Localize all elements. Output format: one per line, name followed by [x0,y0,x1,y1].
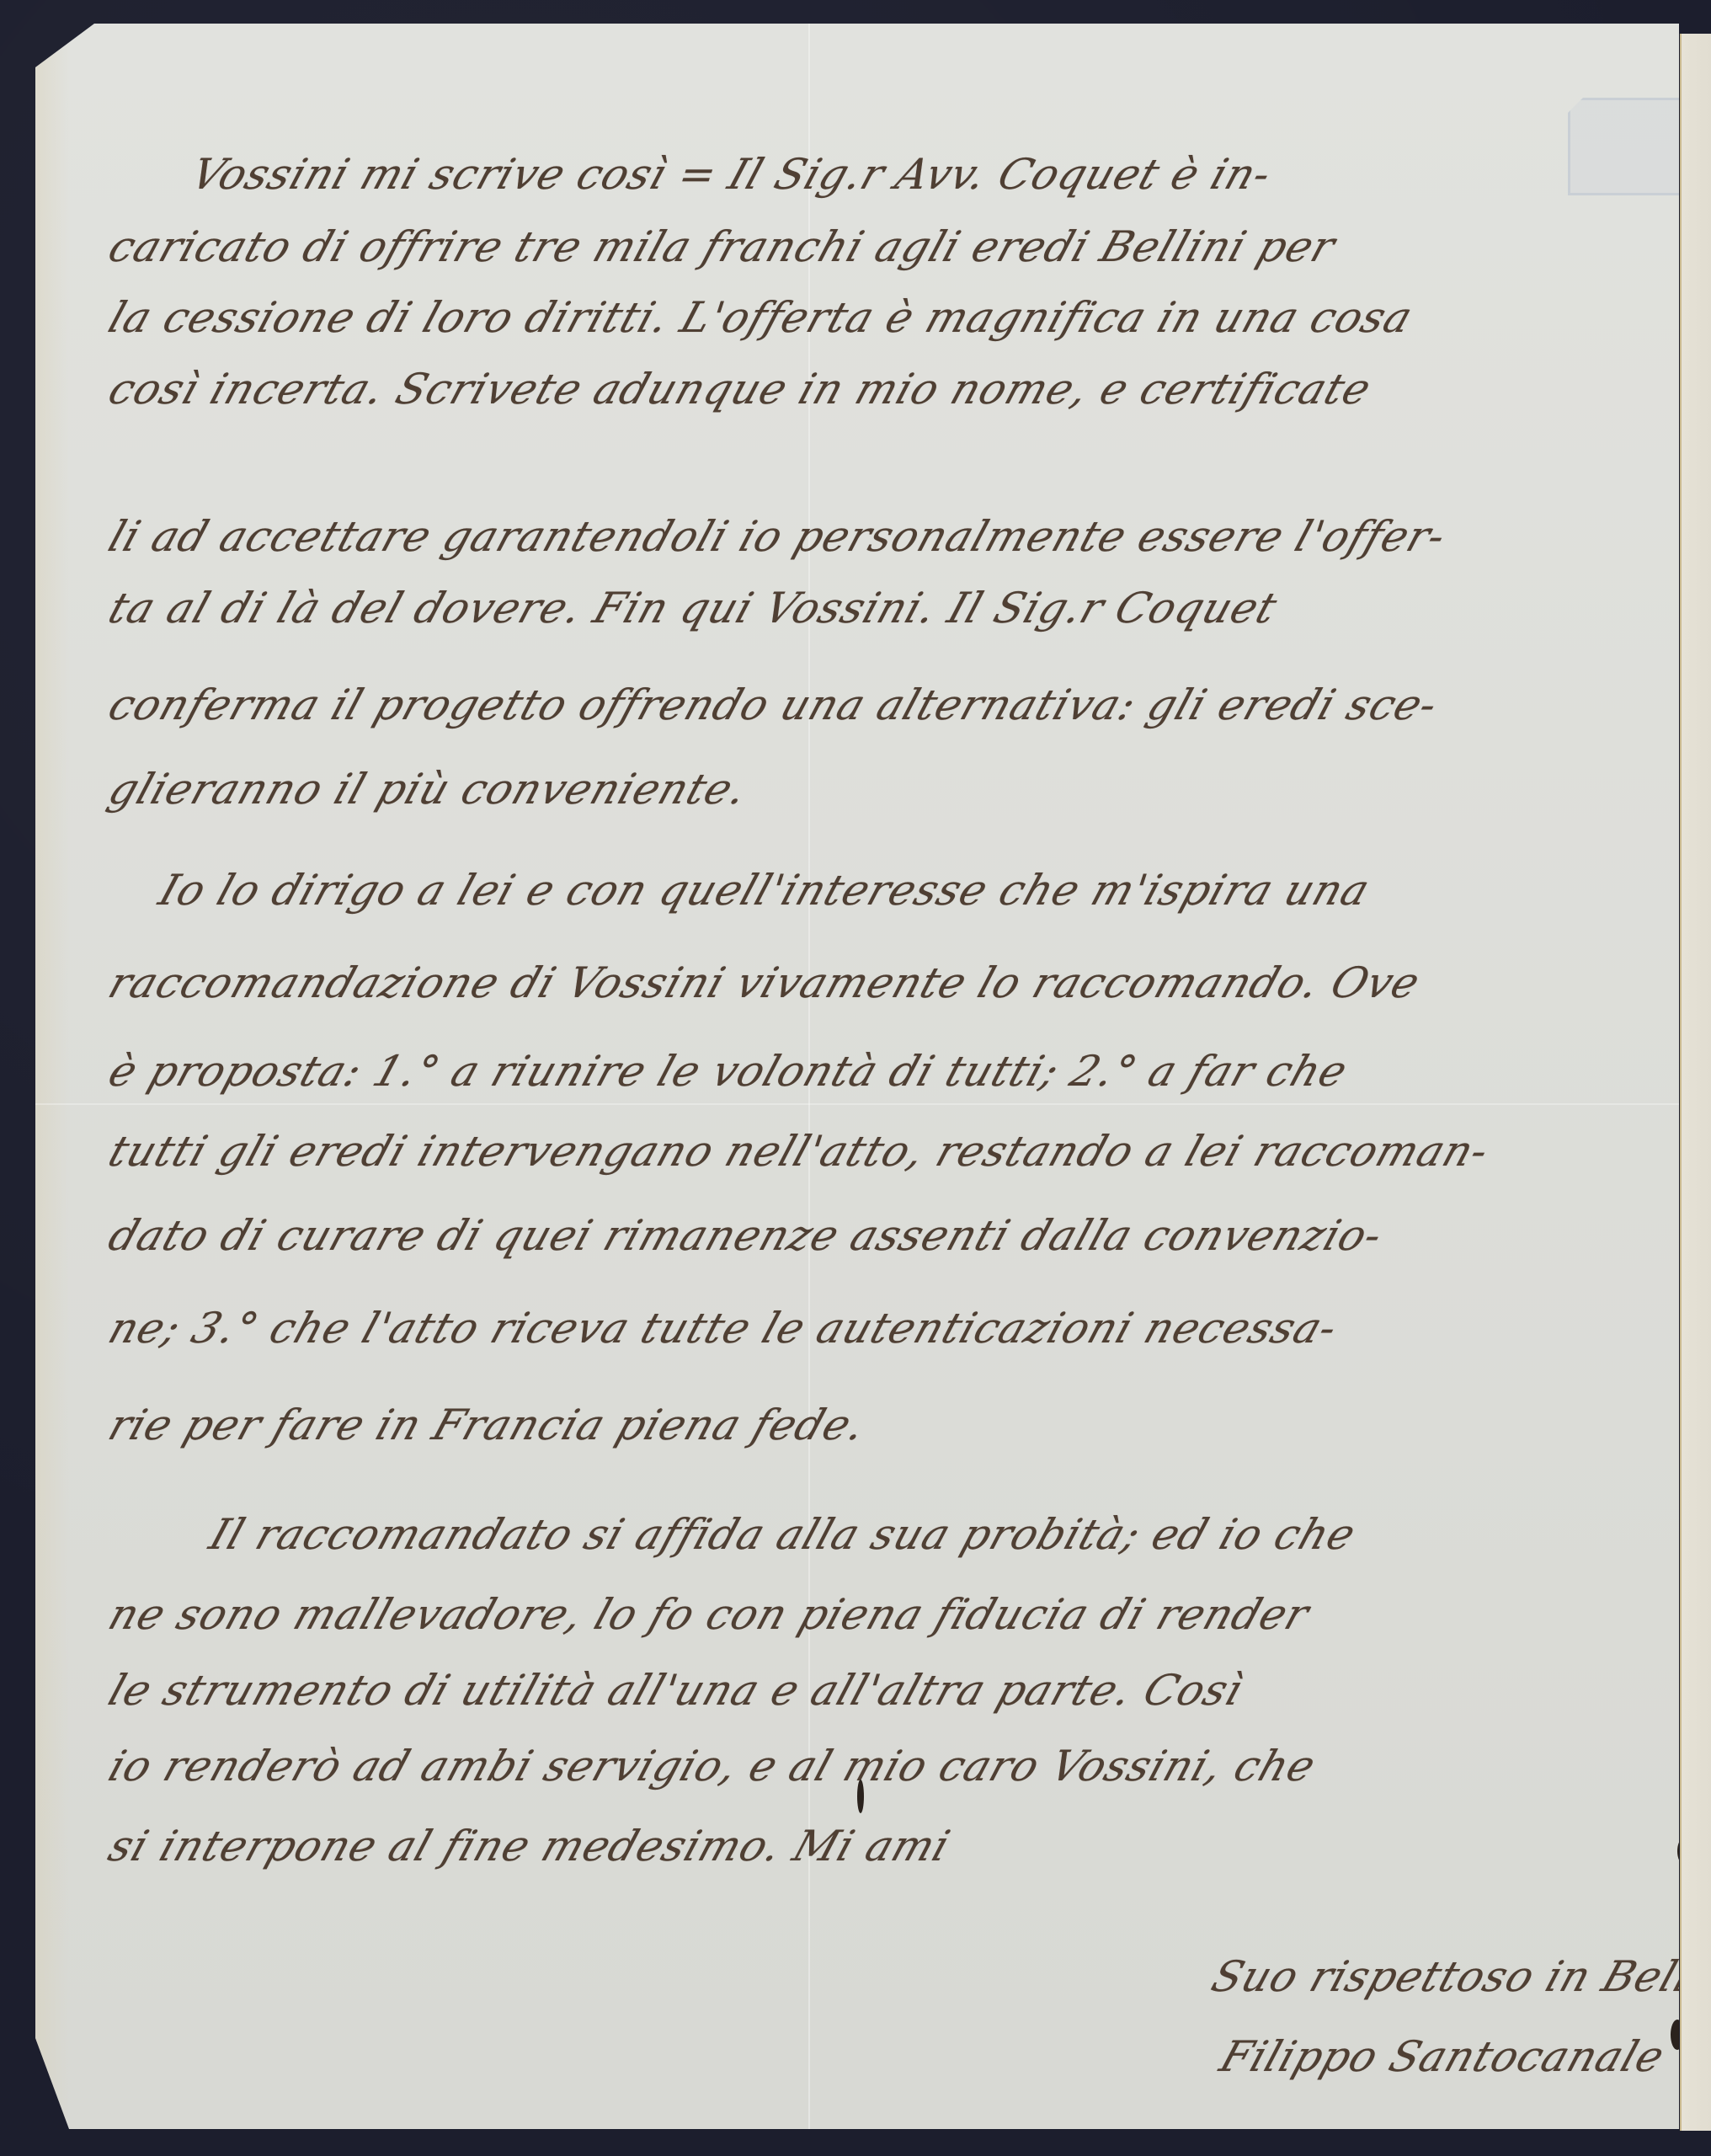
letter-line-4: così incerta. Scrivete adunque in mio no… [103,365,1378,414]
letter-line-9: Io lo dirigo a lei e con quell'interesse… [153,866,1376,915]
letter-line-20: si interpone al fine medesimo. Mi ami [103,1822,957,1870]
letter-signature: Filippo Santocanale [1214,2032,1671,2081]
letter-line-12: tutti gli eredi intervengano nell'atto, … [103,1127,1495,1176]
letter-closing: Suo rispettoso in Belli [1206,1952,1711,2001]
letter-line-11: è proposta: 1.° a riunire le volontà di … [103,1047,1354,1096]
letter-line-2: caricato di offrire tre mila franchi agl… [103,222,1341,271]
letter-line-19: io renderò ad ambi servigio, e al mio ca… [103,1742,1322,1790]
letter-line-8: glieranno il più conveniente. [103,765,754,814]
letter-line-10: raccomandazione di Vossini vivamente lo … [103,958,1426,1007]
letter-page: ​ Vossini mi scrive così = Il Sig.r Avv.… [35,24,1679,2129]
horizontal-fold-crease [35,1103,1679,1105]
letter-line-16: Il raccomandato si affida alla sua probi… [204,1510,1362,1559]
letter-line-18: le strumento di utilità all'una e all'al… [103,1666,1250,1715]
letter-line-14: ne; 3.° che l'atto riceva tutte le auten… [103,1304,1344,1353]
letter-line-3: la cessione di loro diritti. L'offerta è… [103,293,1419,342]
letter-line-15: rie per fare in Francia piena fede. [103,1401,872,1449]
ink-blot [857,1780,864,1813]
letter-line-13: dato di curare di quei rimanenze assenti… [103,1211,1389,1260]
letter-line-6: ta al di là del dovere. Fin qui Vossini.… [103,584,1283,632]
adjacent-page-edge [1680,34,1711,2131]
letter-line-17: ne sono mallevadore, lo fo con piena fid… [103,1590,1315,1639]
letter-line-1: Vossini mi scrive così = Il Sig.r Avv. C… [185,150,1278,199]
letter-line-5: li ad accettare garantendoli io personal… [103,512,1452,561]
letter-line-7: conferma il progetto offrendo una altern… [103,680,1444,729]
